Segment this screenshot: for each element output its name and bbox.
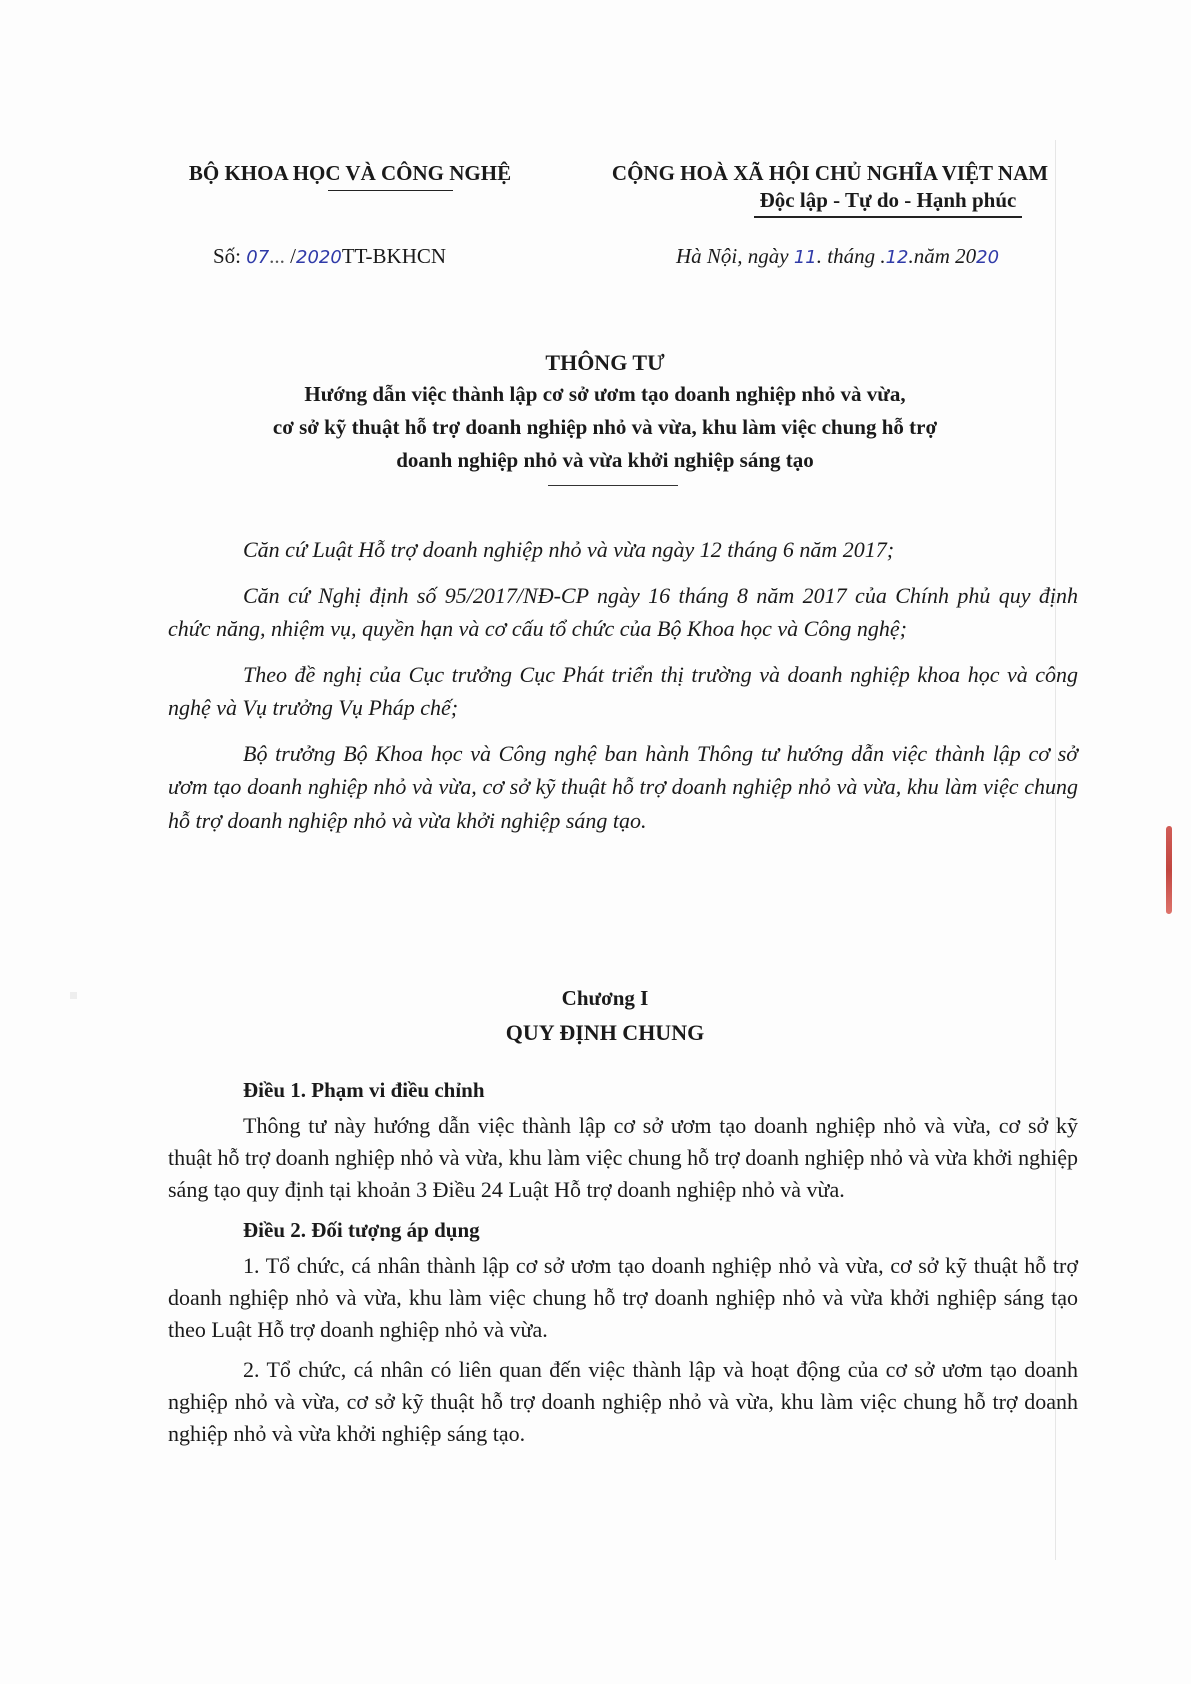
- article-paragraph: 1. Tổ chức, cá nhân thành lập cơ sở ươm …: [168, 1250, 1078, 1346]
- handwritten-year-suffix: 20: [976, 247, 999, 268]
- article-paragraph: Thông tư này hướng dẫn việc thành lập cơ…: [168, 1110, 1078, 1206]
- scanned-document-page: BỘ KHOA HỌC VÀ CÔNG NGHỆ Số: 07... /2020…: [0, 0, 1191, 1684]
- chapter-title: QUY ĐỊNH CHUNG: [140, 1015, 1070, 1051]
- document-title-block: THÔNG TƯ Hướng dẫn việc thành lập cơ sở …: [140, 348, 1070, 486]
- preamble-paragraph: Căn cứ Nghị định số 95/2017/NĐ-CP ngày 1…: [168, 579, 1078, 646]
- subject-line: doanh nghiệp nhỏ và vừa khởi nghiệp sáng…: [140, 444, 1070, 477]
- legal-basis-preamble: Căn cứ Luật Hỗ trợ doanh nghiệp nhỏ và v…: [168, 533, 1078, 849]
- document-type: THÔNG TƯ: [140, 348, 1070, 378]
- handwritten-day: 11: [794, 247, 817, 268]
- article-paragraph: 2. Tổ chức, cá nhân có liên quan đến việ…: [168, 1354, 1078, 1450]
- doc-number-suffix: TT-BKHCN: [342, 244, 446, 268]
- issuing-agency: BỘ KHOA HỌC VÀ CÔNG NGHỆ: [150, 160, 550, 186]
- article-heading: Điều 1. Phạm vi điều chỉnh: [168, 1074, 1078, 1106]
- chapter-heading: Chương I QUY ĐỊNH CHUNG: [140, 983, 1070, 1051]
- handwritten-year: 2020: [296, 247, 342, 268]
- motto-underline: [754, 216, 1022, 218]
- preamble-paragraph: Bộ trưởng Bộ Khoa học và Công nghệ ban h…: [168, 737, 1078, 838]
- preamble-paragraph: Theo đề nghị của Cục trưởng Cục Phát tri…: [168, 658, 1078, 725]
- chapter-number: Chương I: [140, 983, 1070, 1013]
- articles-body: Điều 1. Phạm vi điều chỉnh Thông tư này …: [168, 1074, 1078, 1458]
- doc-number-slash: /: [285, 244, 296, 268]
- month-label: . tháng .: [817, 244, 886, 268]
- doc-number-prefix: Số:: [213, 244, 246, 268]
- doc-number-dots: ...: [269, 244, 285, 268]
- scan-dust-speck: [70, 992, 77, 999]
- article-heading: Điều 2. Đối tượng áp dụng: [168, 1214, 1078, 1246]
- document-subject: Hướng dẫn việc thành lập cơ sở ươm tạo d…: [140, 378, 1070, 477]
- nation-name: CỘNG HOÀ XÃ HỘI CHỦ NGHĨA VIỆT NAM: [595, 160, 1065, 186]
- issuing-agency-block: BỘ KHOA HỌC VÀ CÔNG NGHỆ: [150, 160, 550, 191]
- agency-underline: [328, 190, 453, 191]
- place-label: Hà Nội, ngày: [676, 244, 794, 268]
- document-number: Số: 07... /2020TT-BKHCN: [213, 244, 446, 269]
- handwritten-month: 12: [886, 247, 909, 268]
- subject-line: Hướng dẫn việc thành lập cơ sở ươm tạo d…: [140, 378, 1070, 411]
- place-and-date: Hà Nội, ngày 11. tháng .12.năm 2020: [676, 244, 999, 269]
- national-motto: Độc lập - Tự do - Hạnh phúc: [653, 186, 1123, 214]
- title-underline: [548, 485, 678, 486]
- article-2: Điều 2. Đối tượng áp dụng 1. Tổ chức, cá…: [168, 1214, 1078, 1450]
- national-header-block: CỘNG HOÀ XÃ HỘI CHỦ NGHĨA VIỆT NAM Độc l…: [595, 160, 1065, 218]
- article-1: Điều 1. Phạm vi điều chỉnh Thông tư này …: [168, 1074, 1078, 1206]
- year-label: .năm 20: [908, 244, 976, 268]
- preamble-paragraph: Căn cứ Luật Hỗ trợ doanh nghiệp nhỏ và v…: [168, 533, 1078, 567]
- subject-line: cơ sở kỹ thuật hỗ trợ doanh nghiệp nhỏ v…: [140, 411, 1070, 444]
- handwritten-number: 07: [246, 247, 269, 268]
- seal-edge-mark: [1166, 826, 1172, 914]
